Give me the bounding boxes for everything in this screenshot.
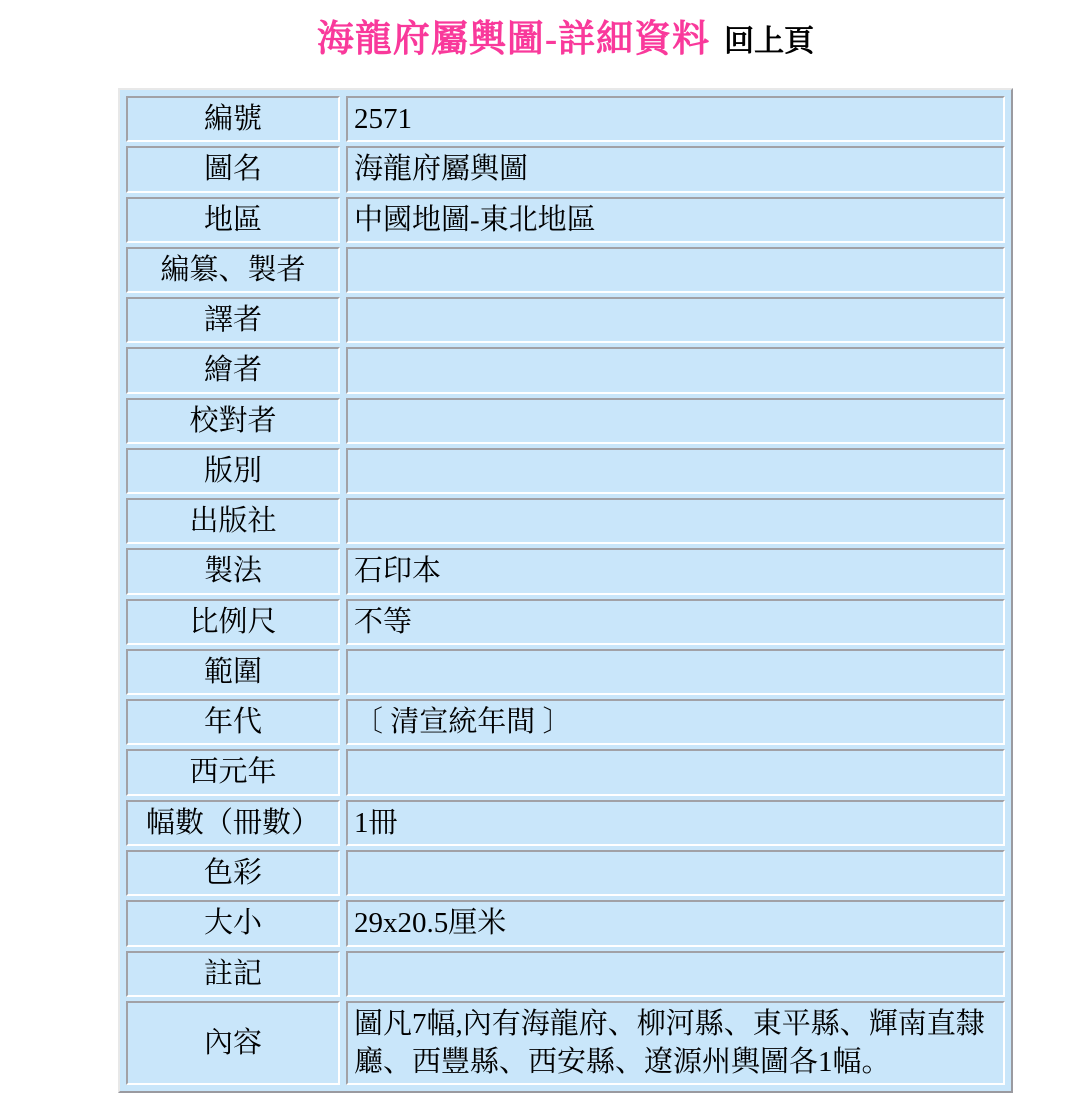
row-label: 校對者 [126, 398, 340, 444]
row-value: 29x20.5厘米 [346, 900, 1005, 946]
table-row: 編簒、製者 [126, 247, 1005, 293]
row-label: 地區 [126, 197, 340, 243]
row-value: 不等 [346, 599, 1005, 645]
detail-table: 編號 2571 圖名 海龍府屬輿圖 地區 中國地圖-東北地區 編簒、製者 譯者 … [118, 88, 1013, 1093]
row-value [346, 498, 1005, 544]
table-row: 繪者 [126, 347, 1005, 393]
table-row: 出版社 [126, 498, 1005, 544]
row-value [346, 247, 1005, 293]
row-label: 年代 [126, 699, 340, 745]
row-label: 註記 [126, 951, 340, 997]
row-label: 幅數（冊數） [126, 800, 340, 846]
row-value [346, 347, 1005, 393]
row-label: 繪者 [126, 347, 340, 393]
table-row: 版別 [126, 448, 1005, 494]
row-value: 圖凡7幅,內有海龍府、柳河縣、東平縣、輝南直隸廳、西豐縣、西安縣、遼源州輿圖各1… [346, 1001, 1005, 1086]
row-label: 版別 [126, 448, 340, 494]
table-row: 大小 29x20.5厘米 [126, 900, 1005, 946]
row-label: 色彩 [126, 850, 340, 896]
table-row: 譯者 [126, 297, 1005, 343]
row-label: 西元年 [126, 749, 340, 795]
row-value: 海龍府屬輿圖 [346, 146, 1005, 192]
page-title: 海龍府屬輿圖-詳細資料 [317, 19, 710, 60]
table-row: 校對者 [126, 398, 1005, 444]
table-row: 幅數（冊數） 1冊 [126, 800, 1005, 846]
row-value [346, 951, 1005, 997]
row-label: 編簒、製者 [126, 247, 340, 293]
row-value [346, 649, 1005, 695]
table-row: 西元年 [126, 749, 1005, 795]
back-link[interactable]: 回上頁 [724, 25, 814, 58]
row-value: 〔 清宣統年間 〕 [346, 699, 1005, 745]
table-row: 色彩 [126, 850, 1005, 896]
table-row: 註記 [126, 951, 1005, 997]
row-label: 內容 [126, 1001, 340, 1086]
table-row: 編號 2571 [126, 96, 1005, 142]
table-row: 範圍 [126, 649, 1005, 695]
row-value: 2571 [346, 96, 1005, 142]
row-label: 譯者 [126, 297, 340, 343]
row-value [346, 297, 1005, 343]
table-row: 比例尺 不等 [126, 599, 1005, 645]
table-row: 內容 圖凡7幅,內有海龍府、柳河縣、東平縣、輝南直隸廳、西豐縣、西安縣、遼源州輿… [126, 1001, 1005, 1086]
row-value [346, 749, 1005, 795]
row-label: 大小 [126, 900, 340, 946]
page-content: 海龍府屬輿圖-詳細資料回上頁 編號 2571 圖名 海龍府屬輿圖 地區 中國地圖… [118, 0, 1013, 1093]
row-label: 出版社 [126, 498, 340, 544]
table-row: 地區 中國地圖-東北地區 [126, 197, 1005, 243]
row-value: 1冊 [346, 800, 1005, 846]
table-row: 圖名 海龍府屬輿圖 [126, 146, 1005, 192]
row-label: 製法 [126, 548, 340, 594]
row-value [346, 448, 1005, 494]
row-label: 圖名 [126, 146, 340, 192]
row-value: 石印本 [346, 548, 1005, 594]
page-header: 海龍府屬輿圖-詳細資料回上頁 [118, 0, 1013, 62]
table-row: 年代 〔 清宣統年間 〕 [126, 699, 1005, 745]
row-value: 中國地圖-東北地區 [346, 197, 1005, 243]
row-value [346, 398, 1005, 444]
row-label: 範圍 [126, 649, 340, 695]
row-label: 比例尺 [126, 599, 340, 645]
page: 海龍府屬輿圖-詳細資料回上頁 編號 2571 圖名 海龍府屬輿圖 地區 中國地圖… [0, 0, 1080, 1093]
table-row: 製法 石印本 [126, 548, 1005, 594]
row-label: 編號 [126, 96, 340, 142]
row-value [346, 850, 1005, 896]
